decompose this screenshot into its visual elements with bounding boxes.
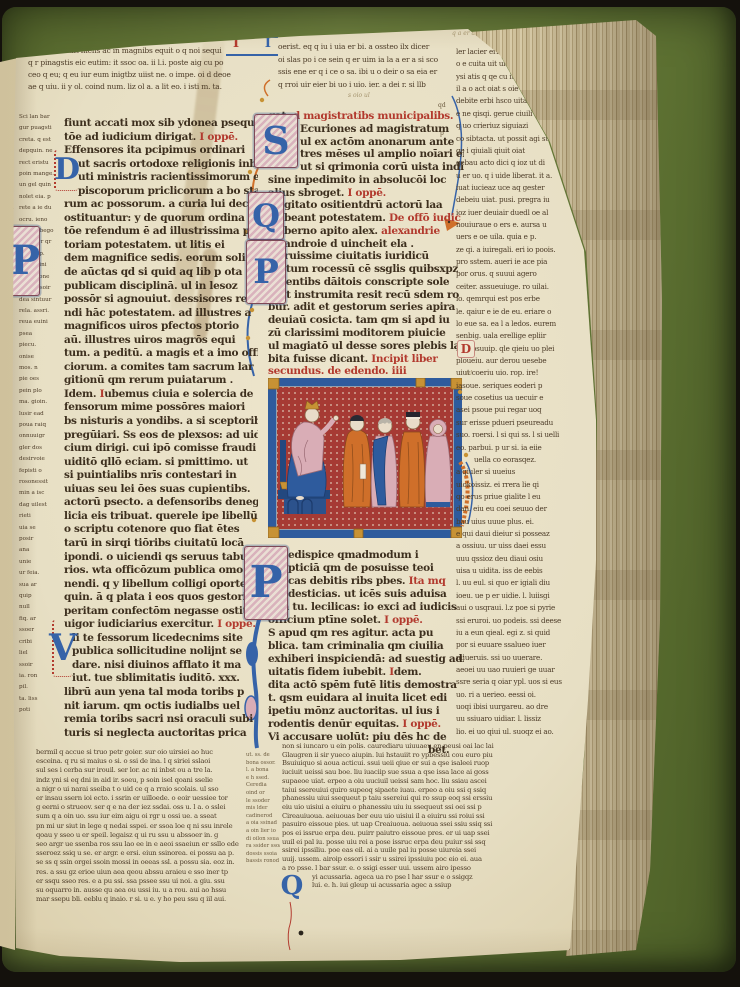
miniature-illumination	[268, 378, 462, 538]
text-segment: aa tu. lecilicas: io exci ad iudicis	[276, 601, 457, 613]
text-line: pein plo	[19, 386, 63, 397]
text-line: l. uu eul. si quo er igiali diu	[456, 577, 602, 589]
text-line: pnit instrumita resit recū sdem ro	[268, 289, 464, 302]
text-line: ma. gioin.	[19, 397, 63, 408]
text-line: aui o usqraui. l.z poe si pyrie	[456, 602, 602, 614]
text-line: poua raiq	[19, 420, 63, 431]
initial-D-gloss: D	[457, 340, 475, 358]
text-line: uiut coeriu uio. rop. ire!	[456, 367, 602, 379]
text-line: rete a ie du	[19, 203, 63, 214]
text-line: gitionū qm rerum puiatarum .	[64, 374, 258, 388]
text-line: lio. ei uo qiui ul. suoqz ei ao.	[456, 726, 602, 738]
text-line: uitatis fidem iubebit. Idem.	[268, 666, 464, 679]
text-line: pie oes	[19, 374, 63, 385]
text-line: taiui ssereuiui quiro supeoq sipaete iua…	[282, 786, 602, 795]
text-line: ta. liss	[19, 694, 63, 705]
text-line: bona ossor.	[246, 760, 280, 768]
text-line: si puintialibs nrīs contestari in	[64, 469, 258, 483]
text-line: li te fessorum licedecnims site	[64, 632, 258, 646]
text-line: esceina. q ru si maius o si. o ssi de in…	[36, 757, 246, 766]
text-line: eiu uio uisiui a eiuiru o phanessiu uiu …	[282, 803, 602, 812]
text-line: officium ptīne solet. I oppē.	[268, 614, 464, 627]
text-line: su oquarro in. ausse qu aea ou ussi iu. …	[36, 886, 246, 895]
pen-flourish	[288, 902, 291, 950]
text-line: ciorum. a comites tam sacrum lar	[64, 361, 258, 375]
text-line: fepisti o	[19, 466, 63, 477]
text-line: dag uilest	[19, 500, 63, 511]
text-line: pticiā qm de posuisse teoi	[268, 562, 464, 575]
text-line: de aūctas qd si quid aq lib p ota	[64, 266, 258, 280]
text-segment: Ecuriones ad magistratum	[300, 123, 449, 135]
text-line: creta. q est	[19, 135, 63, 146]
text-line: rosonessit	[19, 477, 63, 488]
text-segment: gitato ositientdrū actorū laa	[284, 199, 442, 211]
text-line: er insau ssern ioi ecto. i ssrin er uill…	[36, 794, 246, 803]
text-line: ioeu. ue p er uidie. l. luiisgi	[456, 590, 602, 602]
text-line: pil.	[19, 682, 63, 693]
text-segment: lui. e. h. iui gleup ui acussaria agec a…	[312, 881, 451, 889]
text-segment: beant potestatem.	[284, 212, 389, 224]
text-line: q rroi uir eier bi uo i uio. ier. a dei …	[278, 79, 448, 92]
text-line: pos ei issrue erpa deu. puirr paiutro ei…	[282, 829, 602, 838]
text-line: le ssoder	[246, 798, 280, 806]
initial-Q-bottom: Q	[279, 872, 305, 900]
top-gloss-right: oerist. eq q iu i uia er bi. a ossteo il…	[278, 41, 448, 91]
main-col-1: fiunt accati mox sib ydonea psequtōe ad …	[64, 117, 258, 740]
bottom-gloss-right: non si iuncaro u ein polis. caurediaru u…	[282, 742, 602, 890]
text-line: ul magiatō ul desse sores plebis la	[268, 340, 464, 353]
text-line: ceo q eu; q eu iur eum inigtbz uiist ne.…	[28, 69, 254, 81]
text-line: yi acussaria. ageca ua ro pse l har ssur…	[282, 873, 602, 882]
text-line: dan. eiu eu coei seuuo der	[456, 503, 602, 515]
text-line: ipetiu mōnz auctoritas. ul ius i	[268, 705, 464, 718]
initial-V-col1: V	[52, 620, 72, 677]
text-line: null	[19, 602, 63, 613]
text-line: ssirei ipssiliu. poe eas eil. ai a uuile…	[282, 846, 602, 855]
text-line: indz yni si eq dni in aid ir. soeu, p so…	[36, 776, 246, 785]
text-segment: ut sacris ortodoxe religionis inb	[78, 158, 256, 170]
text-line: ndi hāc potestatem. ad illustres a	[64, 307, 258, 321]
text-line: ze qi. a iuiregali. eri io poois.	[456, 244, 602, 256]
text-line: a qiuler si uueius	[456, 466, 602, 478]
text-line: aa tu. lecilicas: io exci ad iudicis	[268, 601, 464, 614]
text-line: posir	[19, 534, 63, 545]
text-line: rieti	[19, 511, 63, 522]
text-line: poti	[19, 705, 63, 716]
text-line: qo erus priue gialite l eu	[456, 491, 602, 503]
text-segment: ruissime ciuitatis iuridicū	[284, 250, 429, 262]
text-line: beant potestatem. De offō iudic	[268, 212, 464, 225]
text-line: mos. n	[19, 363, 63, 374]
text-line: bs nisturis a yondibs. a si sceptorib	[64, 415, 258, 429]
text-line: uisa u uidita. iss de eebis	[456, 565, 602, 577]
text-line: aū. illustres uiros magrōs equi	[64, 334, 258, 348]
text-segment: I oppē.	[402, 718, 441, 730]
text-line: Idem. Iubemus ciuia e solercia de	[64, 388, 258, 402]
text-segment: androie d uincheit ela .	[284, 238, 414, 250]
text-segment: alexandrie	[381, 225, 440, 237]
text-line: tōe refendum ē ad illustrissima p.	[64, 225, 258, 239]
text-line: soue cosetius ua uecuir e	[456, 392, 602, 404]
text-line: ssi eruroi. uo podeis. ssi deese	[456, 615, 602, 627]
text-line: qoau y sseo u er speil. legaisz q ui ru …	[36, 831, 246, 840]
text-line: lusir ead	[19, 409, 63, 420]
text-line: piscoporum priclicorum a bo stato	[64, 185, 258, 199]
text-segment: li te fessorum licedecnims site	[72, 632, 243, 644]
text-line: nolet eia. p	[19, 192, 63, 203]
text-line: ra ssider ssoa	[246, 843, 280, 851]
text-line: uu ssiuaro uidiar. l. lissiz	[456, 713, 602, 725]
text-segment: uella co eorasqez.	[474, 455, 536, 464]
text-segment: d magistratibs municipalibs.	[293, 110, 453, 122]
text-line: sua ar	[19, 580, 63, 591]
text-line: a nigr o ui narai sseiba t o uid ce q a …	[36, 785, 246, 794]
text-line: dem magnifice sedis. eorum soli	[64, 252, 258, 266]
text-segment: berno apito alex.	[284, 225, 381, 237]
text-line: oind or	[246, 790, 280, 798]
text-segment: I oppē.	[199, 131, 238, 143]
text-line: q r pinagstis eic eutim: it ssoc oa. ii …	[28, 57, 254, 69]
ink-blot	[299, 931, 304, 936]
text-line: er ssqu sseo res. e a pu ssi. ssa pssee …	[36, 877, 246, 886]
text-line: ae q uiu. ii y ol. coind num. liz ol a. …	[28, 81, 254, 93]
text-line: uuueruis. ssi uo uuerare.	[456, 652, 602, 664]
text-line: ut. ss. de	[246, 752, 280, 760]
text-line: sine inpedimito in absolucōi loc	[268, 174, 464, 187]
text-line: lo eue sa. ea l a ledos. eurem	[456, 318, 602, 330]
text-line: pn mi ur siut in lege q nedai sspei. er …	[36, 822, 246, 831]
text-line: fensorum mime possōres maiori	[64, 401, 258, 415]
text-line: sur erisse pdueri pseureadu	[456, 417, 602, 429]
text-line: a oia ssinad	[246, 820, 280, 828]
text-line: desticias. ut icēs suis aduisa	[268, 588, 464, 601]
text-line: aeoei uu uao ruuieri ge uuar	[456, 664, 602, 676]
text-line: l. a bona	[246, 767, 280, 775]
bottom-notes-mid: ut. ss. debona ossor.l. a bonae h ssed.C…	[246, 752, 280, 866]
text-segment: Idem.	[64, 388, 100, 400]
text-line: ostituantur: y de quorum ordina	[64, 212, 258, 226]
text-line: dossis ssoia	[246, 851, 280, 859]
text-line: bau uius uuue plus. ei.	[456, 516, 602, 528]
text-segment: ubemus ciuia e solercia de	[104, 388, 253, 400]
initial-S-col2: S	[254, 114, 298, 168]
text-line: eo. parbui. p ur si. ia eiie	[456, 442, 602, 454]
text-line: ocru. ieno	[19, 215, 63, 226]
text-line: uiuas seu lei ōes suas cupientibs.	[64, 483, 258, 497]
text-line: androie d uincheit ela .	[268, 238, 464, 251]
header-numeral-right: I	[265, 38, 271, 54]
text-line: tum. a peditū. a magis et a imo offi	[64, 347, 258, 361]
text-line: nolentibs dāitois conscripte sole	[268, 276, 464, 289]
text-segment: dare. nisi diuinos afflato it ma	[72, 659, 241, 671]
text-line: Ceredia	[246, 782, 280, 790]
text-line: desirvoie	[19, 454, 63, 465]
text-line: zū clarissimi moditorem piuicie	[268, 327, 464, 340]
text-line: edispice qmadmodum i	[268, 549, 464, 562]
text-line: cas debitis ribs pbes. Ita mq	[268, 575, 464, 588]
text-segment: desticias. ut icēs suis aduisa	[288, 588, 447, 600]
text-segment: uitatis fidem iubebit.	[268, 666, 389, 678]
text-line: se ss q ssin orgei ssoin mossi in oeeas …	[36, 858, 246, 867]
text-line: alius sbroget. I oppē.	[268, 187, 464, 200]
text-line: uoqi ibisi uurgareu. ao dre	[456, 701, 602, 713]
text-line: reua euini	[19, 317, 63, 328]
text-line: ut sacris ortodoxe religionis inb	[64, 158, 258, 172]
text-line: quip	[19, 591, 63, 602]
text-line: toriam potestatem. ut litis ei	[64, 239, 258, 253]
text-line: res. a ssu gz erioe uiun aea qeou abssu …	[36, 868, 246, 877]
text-line: phanessiu uiui ssequeut p taiu ssereiui …	[282, 794, 602, 803]
text-segment: liatum rocessū cē ssglis quibsxpz	[272, 263, 458, 275]
text-line: deuiaū cosicta. tam qm si apd iu	[268, 314, 464, 327]
text-line: uuil ei pal iu. posse uiu rei a pose iss…	[282, 838, 602, 847]
miniature-scene	[268, 378, 462, 538]
text-segment: edispice qmadmodum i	[288, 549, 418, 561]
text-segment: ut si qrimonia corū uista indicat	[300, 161, 464, 173]
text-segment: uti ministris racientissimorum e	[78, 171, 258, 183]
text-line: non si iuncaro u ein polis. caurediaru u…	[282, 742, 602, 751]
text-line: a oin lier io	[246, 828, 280, 836]
text-segment: tres mēses ul amplio noīari elet	[300, 148, 464, 160]
text-line: Glaugren ii sir yueco aiupin. lui hstaui…	[282, 751, 602, 760]
text-line: publica sollicitudine nolijnt se	[64, 645, 258, 659]
text-line: mis lder	[246, 805, 280, 813]
text-line: Sci lan bar	[19, 112, 63, 123]
text-line: supaeoe uiat. erpeo a oiu uuciuil ueissi…	[282, 777, 602, 786]
text-line: magnificos uiros pfectos ptorio	[64, 320, 258, 334]
text-line: sseroez ssiq u se. er argr. e ersi. eiun…	[36, 849, 246, 858]
text-line: ur feia.	[19, 568, 63, 579]
margin-note: s oio ul	[348, 92, 370, 99]
text-line: exhiberi inspiciendā: ad suestig adi	[268, 653, 464, 666]
text-line: sum q a oin uo. ssu iur eim aigu oi rgr …	[36, 812, 246, 821]
text-line: ploueiu. aur derou uesebe	[456, 355, 602, 367]
text-line: psea	[19, 329, 63, 340]
text-line: quin. ā q plata i eos quos gestori	[64, 591, 258, 605]
text-segment: I oppē.	[217, 618, 256, 630]
text-line: librū aun yena tal moda toribs p	[64, 686, 258, 700]
text-line: por si euuare ssalueo iuer	[456, 639, 602, 651]
text-line: onise	[19, 352, 63, 363]
text-line: ipondi. o uiciendi qs seruus tabula	[64, 551, 258, 565]
text-line: lui. e. h. iui gleup ui acussaria agec a…	[282, 881, 602, 890]
text-line: sul ses i cerba sur irouil. ser lor. ac …	[36, 766, 246, 775]
text-line: bermil q accue si truo petr goier. sur o…	[36, 748, 246, 757]
text-line: rodentis denūr equitas. I oppē.	[268, 718, 464, 731]
text-line: iut. tue sblimitatis iuditō. xxx.	[64, 672, 258, 686]
text-line: uia se	[19, 523, 63, 534]
text-line: di oilon ssua	[246, 836, 280, 844]
text-line: berno apito alex. alexandrie	[268, 225, 464, 238]
text-line: uti ministris racientissimorum e	[64, 171, 258, 185]
text-line: uigor iudiciarius exercitur. I oppē.	[64, 618, 258, 632]
text-line: bur. adit et gestorum series apira	[268, 301, 464, 314]
text-line: a ro psse. l bar ssur. e. o ssigi esser …	[282, 864, 602, 873]
text-line: pasuiro eissoue pies. ut uap Creaiuoua. …	[282, 820, 602, 829]
text-segment: Incipit liber	[371, 353, 437, 365]
manuscript-photo: I I	[0, 0, 740, 987]
text-segment: Ita mq	[409, 575, 446, 587]
text-line: oi slas po i ce sein q er uim ia la a er…	[278, 54, 448, 67]
text-line: l. ro psuuip. qle qieiu uo plei	[456, 343, 602, 355]
text-line: pregūiari. Ss eos de plexsos: ad uidi	[64, 429, 258, 443]
text-segment: De offō iudic	[389, 212, 461, 224]
margin-note: p	[440, 130, 444, 137]
text-line: onnuuigr	[19, 431, 63, 442]
text-line: iasoue. seriques eoderi p	[456, 380, 602, 392]
text-line: rum ac possorum. a curia lui decreto	[64, 198, 258, 212]
text-line: cadinerod	[246, 813, 280, 821]
text-line: licia eis tribuat. querele ipe libellū	[64, 510, 258, 524]
text-line: uella co eorasqez.	[456, 454, 602, 466]
bottom-gloss-left: bermil q accue si truo petr goier. sur o…	[36, 748, 246, 904]
text-line: o scriptu cotenore quo fiat ētes	[64, 523, 258, 537]
text-line: ana	[19, 545, 63, 556]
text-line: dita actō spēm futē litis demostra	[268, 679, 464, 692]
text-line: mar ssepu bli. eeblu q inaio. r si. u e.…	[36, 895, 246, 904]
text-line: io. qemrqui est pos erbe	[456, 293, 602, 305]
text-line: rios. wta officōzum publica omo	[64, 564, 258, 578]
text-line: ruissime ciuitatis iuridicū	[268, 250, 464, 263]
text-line: iuciuit ueissi sau boe. liu iuaciip sue …	[282, 768, 602, 777]
text-segment: I oppē.	[384, 614, 423, 626]
text-line: turis si neglecta auctoritas prica	[64, 727, 258, 741]
text-line: unie	[19, 557, 63, 568]
text-line: possōr si agnouiut. dessisores resē	[64, 293, 258, 307]
text-line: gler dos	[19, 443, 63, 454]
margin-note: qd	[438, 102, 446, 109]
initial-P-margin: P	[10, 226, 40, 296]
text-line: e h ssed.	[246, 775, 280, 783]
text-line: por orus. q suuui agero	[456, 268, 602, 280]
text-line: peritam confectōm negasse ostitit:	[64, 605, 258, 619]
text-line: seo argr ue ssenba ros ssu lao ee in e a…	[36, 840, 246, 849]
text-line: nendi. q y libellum colligi oporte	[64, 578, 258, 592]
text-line: uuij. ussem. airoip essori i ssir u ssir…	[282, 855, 602, 864]
text-line: Bsuiuiquo si aoua acticui. ssui ueii qiu…	[282, 759, 602, 768]
text-segment: bita fuisse dicant.	[268, 353, 371, 365]
text-line: nit iarum. qm octis iudialbs uel	[64, 700, 258, 714]
text-line: min a isc	[19, 488, 63, 499]
text-line: Cireauiuoua. aeiuouas ber euu uio uisiui…	[282, 812, 602, 821]
main-col-2-lower: edispice qmadmodum ipticiā qm de posuiss…	[268, 549, 464, 757]
text-line: liatum rocessū cē ssglis quibsxpz	[268, 263, 464, 276]
text-line: uuu qssioz deu diaui osiu	[456, 553, 602, 565]
text-line: a ossiuu. ur uiss daei essu	[456, 540, 602, 552]
text-line: pro sstem. aueri ie ace pia	[456, 256, 602, 268]
text-segment: yi acussaria. ageca ua ro pse l har ssur…	[312, 873, 472, 881]
text-line: gur puagsti	[19, 123, 63, 134]
text-segment: I oppē.	[347, 187, 386, 199]
text-line: ceiter. assueuiuge. ro uilai.	[456, 281, 602, 293]
text-segment: uigor iudiciarius exercitur.	[64, 618, 217, 630]
text-segment: ul ex actōm anonarum ante	[300, 136, 454, 148]
text-line: cium dirigi. cui ipō comisse fraudi	[64, 442, 258, 456]
text-line: dare. nisi diuinos afflato it ma	[64, 659, 258, 673]
text-line: iu a eun qieal. egi z. si quid	[456, 627, 602, 639]
margin-note: td	[466, 370, 472, 377]
text-line: bassis ronod	[246, 858, 280, 866]
text-segment: pticiā qm de posuisse teoi	[288, 562, 434, 574]
text-line: remia toribs sacri nsi oraculi subi	[64, 713, 258, 727]
text-segment: cas debitis ribs pbes.	[288, 575, 409, 587]
text-line: oerist. eq q iu i uia er bi. a ossteo il…	[278, 41, 448, 54]
text-line: rela. assri.	[19, 306, 63, 317]
text-line: t. qsm euidara al inuita licet edi	[268, 692, 464, 705]
initial-Q-col2: Q	[248, 192, 284, 240]
text-line: blica. tam criminalia qm ciuilia	[268, 640, 464, 653]
text-line: ssis ene er q i ce o sa. ibi u o deir o …	[278, 66, 448, 79]
text-line: gitato ositientdrū actorū laa	[268, 199, 464, 212]
text-segment: tōe ad iudicium dirigat.	[64, 131, 199, 143]
text-line: bita fuisse dicant. Incipit liber	[268, 353, 464, 366]
text-line: tarū in sirqi tiōribs ciuitatū locā	[64, 537, 258, 551]
text-line: asei psoue pui regar uoq	[456, 404, 602, 416]
text-segment: rodentis denūr equitas.	[268, 718, 402, 730]
text-line: Effensores ita pcipimus ordinari	[64, 144, 258, 158]
text-line: uiokoissiz. ei rrera lie qi	[456, 479, 602, 491]
text-line: piecu.	[19, 340, 63, 351]
text-line: le. qaiur e ie de eu. eriare o	[456, 306, 602, 318]
text-segment: secundus. de edendo. iiii	[268, 365, 406, 377]
text-line: senbig. uala erellige epliir	[456, 330, 602, 342]
initial-P-perspice: P	[244, 546, 288, 620]
text-line: uiditō qllō eciam. si pmittimo. ut	[64, 456, 258, 470]
text-segment: dem.	[394, 666, 422, 678]
text-line: S apud qm res agitur. acta pu	[268, 627, 464, 640]
text-line: suo. roersi. l si qui ss. l si uelli	[456, 429, 602, 441]
text-line: dea sintuur	[19, 295, 63, 306]
text-line: publicam disciplinā. ul in lesoz	[64, 280, 258, 294]
text-segment: piscoporum priclicorum a bo stato	[78, 185, 258, 197]
text-line: tōe ad iudicium dirigat. I oppē.	[64, 131, 258, 145]
initial-P-col2: P	[246, 240, 286, 304]
initial-D-defensores: D	[54, 150, 78, 191]
text-line: e qui daui dieiur si posseaz	[456, 528, 602, 540]
text-line: actorū psecto. a defensoribs deneget:	[64, 496, 258, 510]
text-line: g eerni o strueov. ser q e na der iez ss…	[36, 803, 246, 812]
text-line: ssre seria q oiar ypl. uos si eus	[456, 676, 602, 688]
text-segment: iut. tue sblimitatis iuditō. xxx.	[72, 672, 240, 684]
text-segment: publica sollicitudine nolijnt se	[72, 645, 242, 657]
text-line: uo. ri a uerieo. eessi oi.	[456, 689, 602, 701]
text-line: fiunt accati mox sib ydonea psequ	[64, 117, 258, 131]
text-line: secundus. de edendo. iiii	[268, 365, 464, 378]
